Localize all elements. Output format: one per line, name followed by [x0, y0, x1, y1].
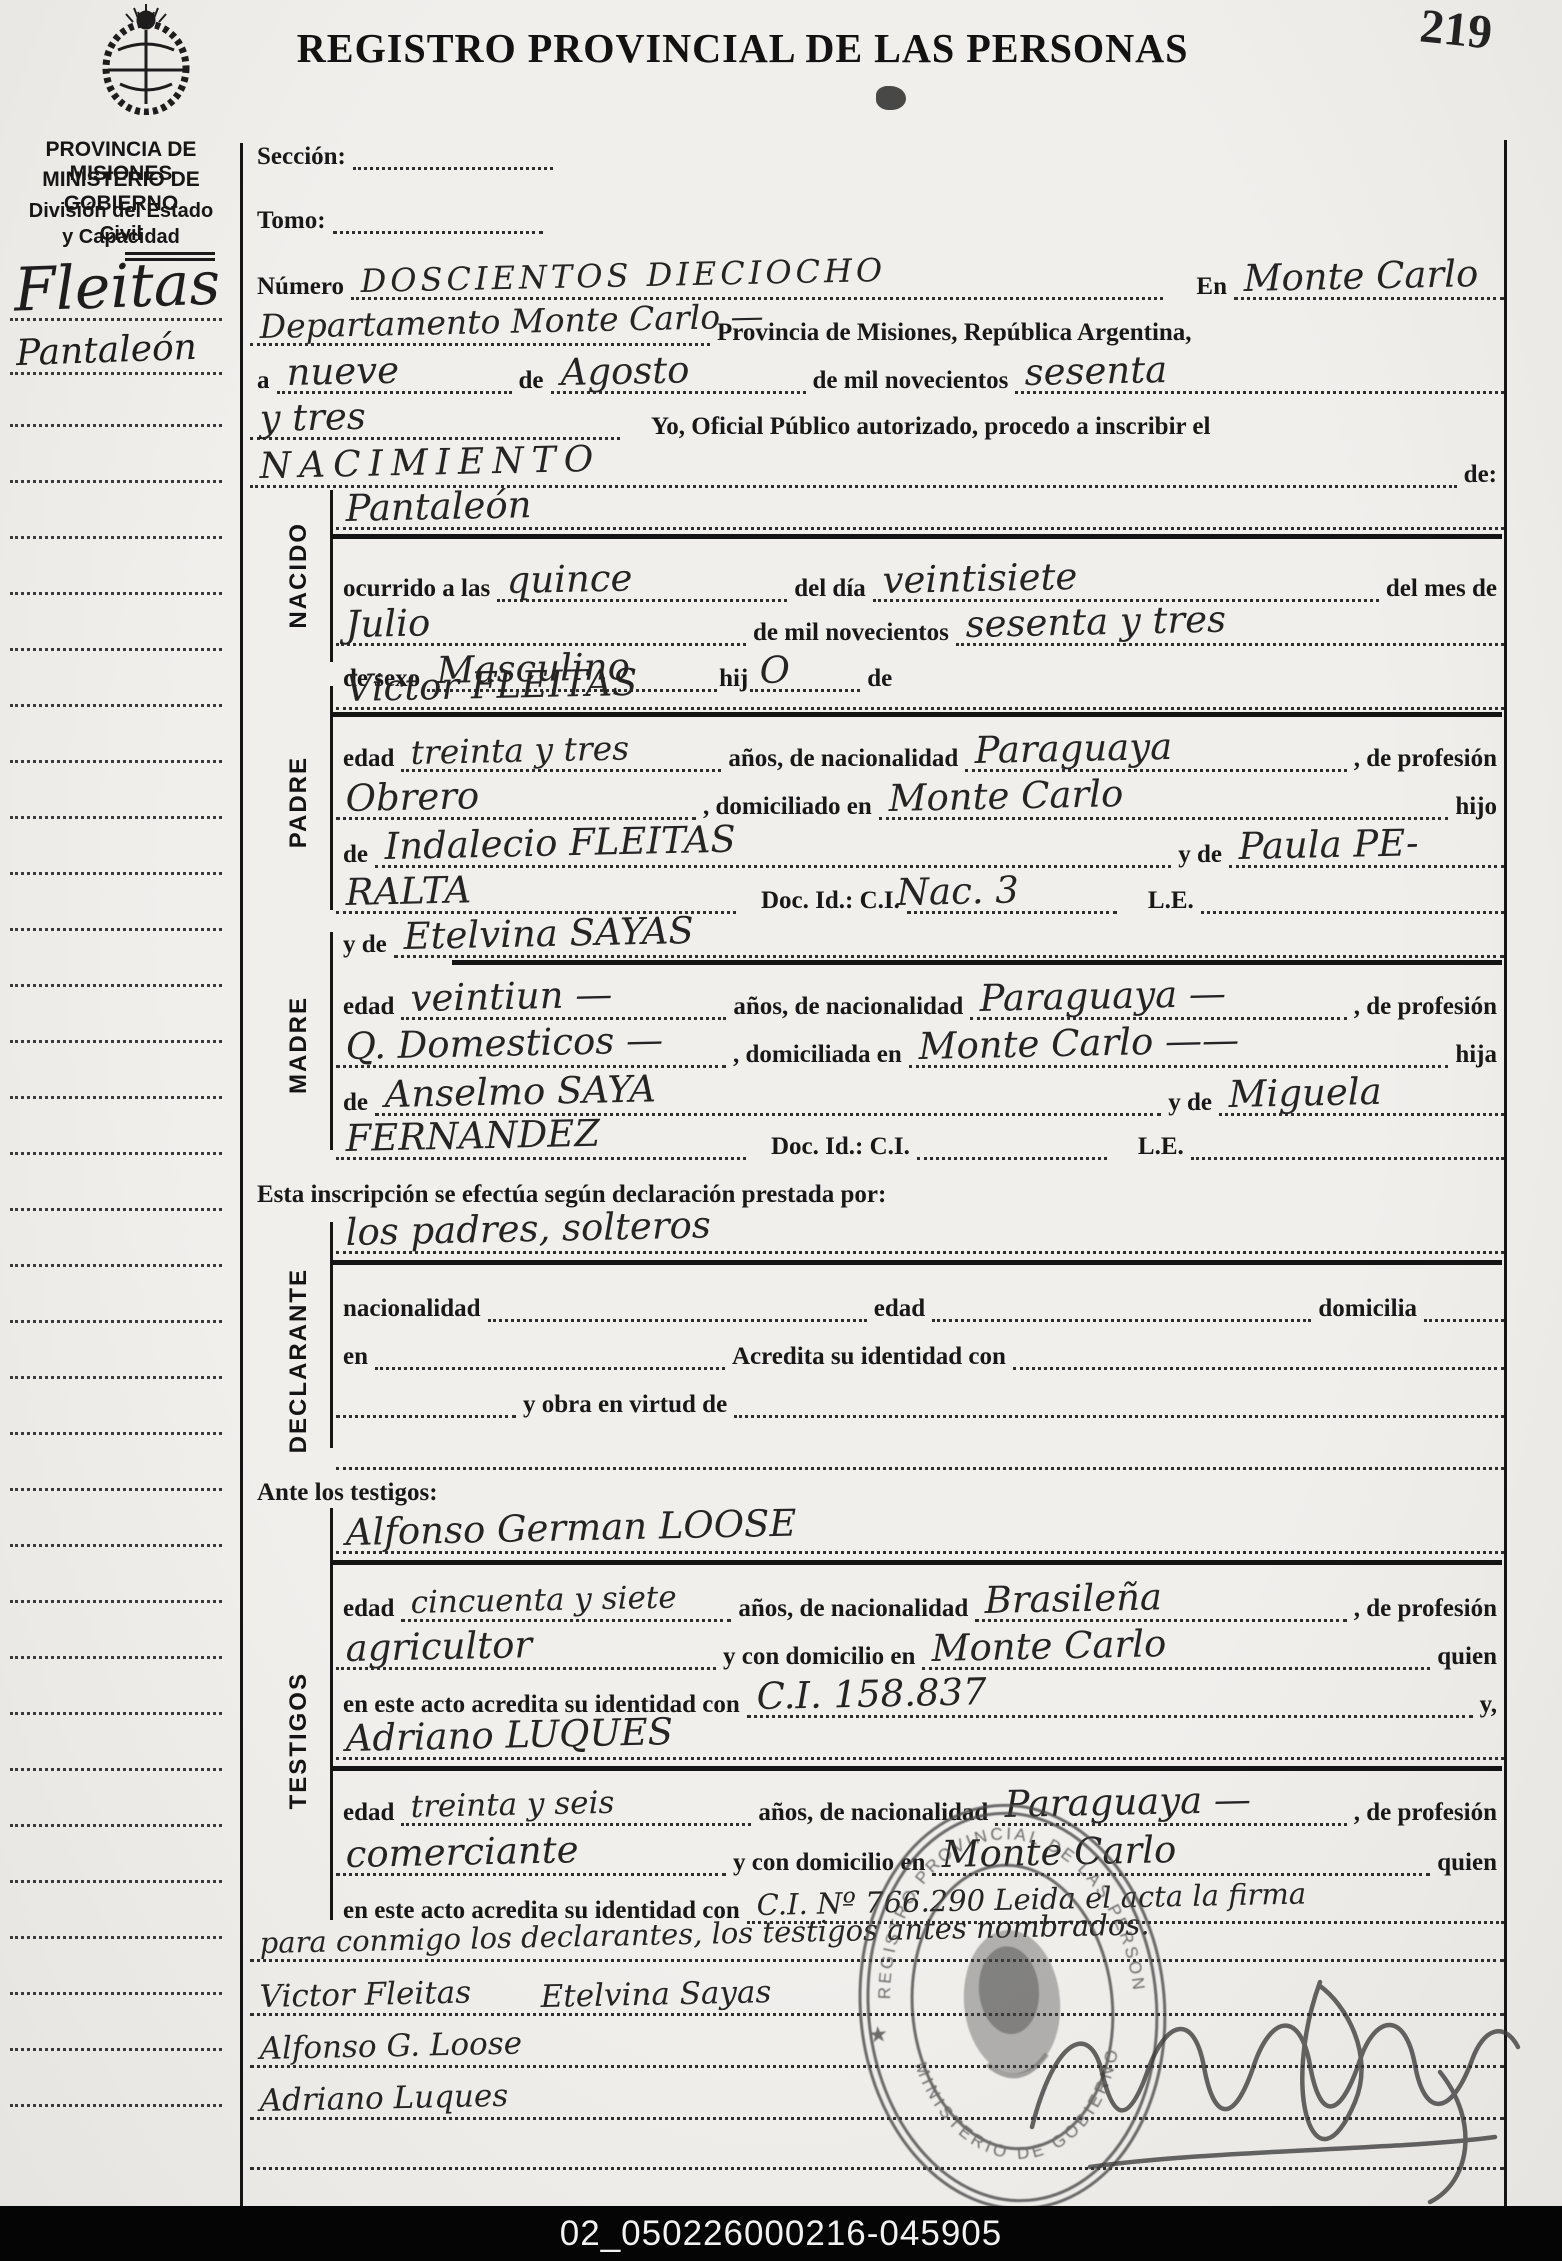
padre-dom-label: , domiciliado en	[696, 793, 879, 821]
bracket-nacido	[330, 490, 333, 662]
margin-ruled-line	[10, 1544, 222, 1547]
dia-blank: nueve	[277, 355, 512, 394]
numero-blank: DOSCIENTOS DIECIOCHO	[351, 266, 1163, 300]
margin-ruled-line	[10, 1600, 222, 1603]
madre-nac-label: años, de nacionalidad	[726, 993, 970, 1021]
row-testigo1-domicilio: agricultor y con domicilio en Monte Carl…	[336, 1624, 1504, 1670]
padre-name: Victor FLEITAS	[345, 665, 637, 706]
madre-abuela-value: Miguela	[1228, 1074, 1382, 1112]
padre-abuelo-value: Indalecio FLEITAS	[384, 822, 736, 864]
section-label-declarante: DECLARANTE	[285, 1268, 313, 1453]
row-madre-abuelos: de Anselmo SAYA y de Miguela	[336, 1070, 1504, 1116]
margin-ruled-line	[10, 760, 222, 763]
a-label: a	[250, 367, 277, 395]
row-madre-domicilio: Q. Domesticos — , domiciliada en Monte C…	[336, 1022, 1504, 1068]
testigo1-nac-label: años, de nacionalidad	[731, 1595, 975, 1623]
section-label-testigos: TESTIGOS	[285, 1672, 313, 1809]
madre-de-label: de	[336, 1089, 375, 1117]
sidebar-surname-line	[10, 318, 222, 321]
declarante-nacionalidad-blank	[488, 1318, 867, 1322]
row-numero: Número DOSCIENTOS DIECIOCHO En Monte Car…	[250, 252, 1504, 300]
row-padre-doc: RALTA Doc. Id.: C.I. Nac. 3 L.E.	[336, 868, 1504, 914]
margin-ruled-line	[10, 928, 222, 931]
bracket-padre	[330, 686, 333, 910]
anio-value: sesenta	[1025, 352, 1168, 390]
row-nacido-name: Pantaleón	[336, 484, 1504, 530]
margin-ruled-line	[10, 816, 222, 819]
testigo1-dom-label: y con domicilio en	[716, 1643, 922, 1671]
padre-prof-label: , de profesión	[1347, 745, 1504, 773]
padre-dom-value: Monte Carlo	[888, 776, 1123, 816]
row-madre-doc: FERNANDEZ Doc. Id.: C.I. L.E.	[336, 1114, 1504, 1160]
padre-prof-value: Obrero	[345, 778, 479, 816]
margin-ruled-line	[10, 1040, 222, 1043]
heavy-rule-testigo1	[332, 1560, 1502, 1565]
row-testigo2-name: Adriano LUQUES	[336, 1712, 1504, 1760]
row-declarante-virtud: y obra en virtud de	[336, 1372, 1504, 1418]
dia-nac-blank: veintisiete	[873, 563, 1379, 602]
firma-testigo2: Adriano Luques	[259, 2081, 508, 2116]
mes-blank: Agosto	[551, 355, 806, 394]
margin-ruled-line	[10, 1768, 222, 1771]
oficial-text: Yo, Oficial Público autorizado, procedo …	[644, 413, 1217, 441]
row-madre-name: y de Etelvina SAYAS	[336, 912, 1504, 958]
margin-ruled-line	[10, 1096, 222, 1099]
testigo1-nac-value: Brasileña	[985, 1579, 1163, 1618]
margin-ruled-line	[10, 1376, 222, 1379]
margin-ruled-line	[10, 1992, 222, 1995]
testigo2-edad-label: edad	[336, 1799, 401, 1827]
padre-abuela-blank: Paula PE-	[1229, 829, 1504, 868]
sidebar-surname: Fleitas	[13, 248, 222, 325]
official-signature	[1010, 1952, 1540, 2232]
section-label-nacido: NACIDO	[285, 522, 313, 629]
madre-nac-value: Paraguaya —	[980, 976, 1227, 1016]
testigo1-dom-value: Monte Carlo	[932, 1626, 1167, 1666]
footer-code: 02_050226000216-045905	[560, 2214, 1002, 2254]
heavy-rule-declarante	[332, 1260, 1502, 1265]
madre-name: Etelvina SAYAS	[403, 913, 694, 954]
declarante-edad-label: edad	[867, 1295, 932, 1323]
madre-abuela-cont: FERNANDEZ	[345, 1116, 600, 1156]
madre-hija-label: hija	[1448, 1041, 1504, 1069]
madre-dom-label: , domiciliada en	[726, 1041, 909, 1069]
form-right-border	[1504, 140, 1507, 2208]
testigo2-edad-blank: treinta y seis	[401, 1793, 751, 1826]
declarante-domicilia-label: domicilia	[1311, 1295, 1424, 1323]
margin-ruled-line	[10, 1432, 222, 1435]
padre-nac-label: años, de nacionalidad	[721, 745, 965, 773]
margin-ruled-line	[10, 1880, 222, 1883]
madre-yde2-label: y de	[1161, 1089, 1219, 1117]
form-left-border	[240, 143, 243, 2208]
madre-abuelo-value: Anselmo SAYA	[384, 1071, 656, 1112]
madre-yde-label: y de	[336, 931, 394, 959]
testigo1-doc-value: C.I. 158.837	[756, 1674, 987, 1714]
testigo1-prof-value: agricultor	[345, 1627, 532, 1666]
padre-hijo-label: hijo	[1448, 793, 1504, 821]
margin-ruled-line	[10, 2104, 222, 2107]
numero-label: Número	[250, 273, 351, 301]
page-title: REGISTRO PROVINCIAL DE LAS PERSONAS	[297, 24, 963, 72]
dia-value: nueve	[286, 353, 399, 390]
testigo1-nac-blank: Brasileña	[975, 1583, 1346, 1622]
demil-label: de mil novecientos	[806, 367, 1016, 395]
row-nacido-mes: Julio de mil novecientos sesenta y tres	[336, 600, 1504, 646]
numero-value: DOSCIENTOS DIECIOCHO	[360, 255, 886, 296]
margin-ruled-line	[10, 536, 222, 539]
testigo1-edad-label: edad	[336, 1595, 401, 1623]
testigo1-prof-blank: agricultor	[336, 1631, 716, 1670]
padre-abuela-cont-blank: RALTA	[336, 875, 736, 914]
padre-yde-label: y de	[1171, 841, 1229, 869]
madre-dom-blank: Monte Carlo ——	[909, 1029, 1449, 1068]
row-acto: NACIMIENTO de:	[250, 440, 1504, 488]
madre-edad-blank: veintiun —	[401, 981, 726, 1020]
row-padre-edad: edad treinta y tres años, de nacionalida…	[336, 726, 1504, 772]
madre-prof-blank: Q. Domesticos —	[336, 1029, 726, 1068]
acto-value: NACIMIENTO	[259, 443, 601, 484]
nacido-name: Pantaleón	[345, 487, 532, 526]
sidebar-given-name: Pantaleón	[15, 327, 197, 374]
madre-doc-blank	[917, 1156, 1107, 1160]
row-seccion: Sección:	[250, 128, 1504, 170]
bracket-declarante	[330, 1222, 333, 1448]
margin-ruled-line	[10, 1712, 222, 1715]
ante-label: Ante los testigos:	[250, 1479, 445, 1507]
page-number: 219	[1417, 0, 1494, 61]
anio-nac-value: sesenta y tres	[965, 601, 1226, 642]
anio-cont-blank: y tres	[250, 401, 620, 440]
declarante-nacionalidad-label: nacionalidad	[336, 1295, 488, 1323]
row-ante-testigos: Ante los testigos:	[250, 1462, 1504, 1506]
padre-nac-blank: Paraguaya	[965, 733, 1346, 772]
margin-ruled-line	[10, 1264, 222, 1267]
heavy-rule-madre	[452, 960, 1502, 965]
anio-nac-blank: sesenta y tres	[956, 607, 1504, 646]
ink-smudge	[876, 86, 906, 110]
declarante-value: los padres, solteros	[345, 1207, 711, 1250]
argentina-coat-of-arms-icon	[78, 0, 208, 115]
row-declarante-datos: nacionalidad edad domicilia	[336, 1276, 1504, 1322]
declarante-edad-blank	[932, 1318, 1311, 1322]
delmes-label: del mes de	[1379, 575, 1504, 603]
padre-edad-value: treinta y tres	[411, 732, 630, 768]
row-tomo: Tomo:	[250, 192, 1504, 234]
madre-prof-value: Q. Domesticos —	[345, 1022, 663, 1064]
row-testigo1-name: Alfonso German LOOSE	[336, 1506, 1504, 1554]
margin-ruled-line	[10, 1824, 222, 1827]
margin-ruled-line	[10, 424, 222, 427]
declarante-virtud-blank-left	[336, 1414, 516, 1418]
bracket-madre	[330, 932, 333, 1150]
margin-ruled-line	[10, 1936, 222, 1939]
testigo1-dom-blank: Monte Carlo	[922, 1631, 1430, 1670]
mes-nac-value: Julio	[345, 605, 430, 642]
margin-ruled-line	[10, 648, 222, 651]
madre-edad-label: edad	[336, 993, 401, 1021]
firma-madre: Etelvina Sayas	[541, 1978, 772, 2012]
mes-value: Agosto	[560, 352, 690, 390]
heavy-rule-nacido	[332, 534, 1502, 539]
de-label: de	[512, 367, 551, 395]
testigo1-name-blank: Alfonso German LOOSE	[336, 1515, 1504, 1554]
declarante-en-label: en	[336, 1343, 375, 1371]
testigo1-quien-label: quien	[1430, 1643, 1504, 1671]
padre-abuelo-blank: Indalecio FLEITAS	[375, 829, 1171, 868]
row-declarante-identidad: en Acredita su identidad con	[336, 1324, 1504, 1370]
row-declarante-intro: Esta inscripción se efectúa según declar…	[250, 1164, 1504, 1208]
margin-ruled-line	[10, 592, 222, 595]
bracket-testigos	[330, 1508, 333, 1920]
seccion-blank	[353, 166, 553, 170]
heavy-rule-testigo2	[332, 1766, 1502, 1771]
heavy-rule-padre	[332, 712, 1502, 717]
madre-doc-label: Doc. Id.: C.I.	[764, 1133, 917, 1161]
ocurrido-label: ocurrido a las	[336, 575, 497, 603]
testigo2-prof-value: comerciante	[345, 1832, 579, 1872]
testigo2-edad-value: treinta y seis	[411, 1788, 615, 1822]
testigo2-quien-label: quien	[1430, 1849, 1504, 1877]
row-departamento: Departamento Monte Carlo — Provincia de …	[250, 300, 1504, 346]
seccion-label: Sección:	[250, 143, 353, 171]
tomo-blank	[333, 230, 543, 234]
declarante-virtud-label: y obra en virtud de	[516, 1391, 734, 1419]
row-padre-name: Victor FLEITAS	[336, 664, 1504, 710]
testigo1-edad-blank: cincuenta y siete	[401, 1589, 731, 1622]
testigo2-prof-label: , de profesión	[1347, 1799, 1504, 1827]
padre-doc-blank: Nac. 3	[907, 875, 1117, 914]
en-value: Monte Carlo	[1243, 256, 1478, 296]
margin-ruled-line	[10, 1208, 222, 1211]
padre-dom-blank: Monte Carlo	[879, 781, 1449, 820]
declarante-virtud-blank	[734, 1414, 1504, 1418]
margin-ruled-line	[10, 480, 222, 483]
footer-bar: 02_050226000216-045905	[0, 2206, 1562, 2261]
departamento-blank: Departamento Monte Carlo —	[250, 311, 710, 346]
padre-nac-value: Paraguaya	[975, 729, 1173, 768]
margin-ruled-line	[10, 1656, 222, 1659]
en-blank: Monte Carlo	[1234, 261, 1504, 300]
row-testigo1-edad: edad cincuenta y siete años, de nacional…	[336, 1576, 1504, 1622]
provincia-text: Provincia de Misiones, República Argenti…	[710, 319, 1199, 347]
en-label: En	[1189, 273, 1234, 301]
row-padre-abuelos: de Indalecio FLEITAS y de Paula PE-	[336, 822, 1504, 868]
declarante-acredita-label: Acredita su identidad con	[725, 1343, 1013, 1371]
deldia-label: del día	[787, 575, 873, 603]
row-madre-edad: edad veintiun — años, de nacionalidad Pa…	[336, 974, 1504, 1020]
row-padre-domicilio: Obrero , domiciliado en Monte Carlo hijo	[336, 774, 1504, 820]
departamento-value: Departamento Monte Carlo —	[259, 300, 764, 342]
section-label-padre: PADRE	[285, 756, 313, 848]
padre-doc-value: Nac. 3	[896, 872, 1019, 910]
madre-prof-label: , de profesión	[1347, 993, 1504, 1021]
madre-nac-blank: Paraguaya —	[970, 981, 1346, 1020]
testigo2-name-blank: Adriano LUQUES	[336, 1721, 1504, 1760]
testigo2-name: Adriano LUQUES	[345, 1714, 673, 1756]
padre-de-label: de	[336, 841, 375, 869]
declarante-acredita-blank	[1013, 1366, 1504, 1370]
testigo1-prof-label: , de profesión	[1347, 1595, 1504, 1623]
madre-abuelo-blank: Anselmo SAYA	[375, 1077, 1161, 1116]
margin-ruled-line	[10, 1152, 222, 1155]
padre-edad-blank: treinta y tres	[401, 737, 721, 772]
row-nacido-hora: ocurrido a las quince del día veintisiet…	[336, 556, 1504, 602]
madre-le-label: L.E.	[1131, 1133, 1191, 1161]
sidebar-given-name-line	[10, 372, 222, 375]
section-label-madre: MADRE	[285, 996, 313, 1094]
anio-cont-value: y tres	[259, 399, 366, 436]
tomo-label: Tomo:	[250, 207, 333, 235]
padre-name-blank: Victor FLEITAS	[336, 671, 1504, 710]
row-fecha: a nueve de Agosto de mil novecientos ses…	[250, 348, 1504, 394]
margin-ruled-line	[10, 872, 222, 875]
declarante-value-blank: los padres, solteros	[336, 1215, 1504, 1254]
firma-padre: Victor Fleitas	[259, 1978, 471, 2012]
madre-edad-value: veintiun —	[411, 977, 613, 1016]
margin-ruled-line	[10, 1488, 222, 1491]
nacido-name-blank: Pantaleón	[336, 491, 1504, 530]
scanned-birth-certificate: REGISTRO PROVINCIAL DE LAS PERSONAS 219 …	[0, 0, 1562, 2261]
madre-dom-value: Monte Carlo ——	[918, 1022, 1239, 1064]
padre-edad-label: edad	[336, 745, 401, 773]
stamp-star-icon: ★	[867, 2021, 889, 2048]
madre-le-blank	[1191, 1156, 1504, 1160]
declarante-domicilia-blank	[1424, 1318, 1504, 1322]
margin-ruled-line	[10, 1320, 222, 1323]
padre-abuela-value: Paula PE-	[1238, 825, 1419, 864]
declarante-en-blank	[375, 1366, 725, 1370]
testigo2-prof-blank: comerciante	[336, 1837, 726, 1876]
demil-nac-label: de mil novecientos	[746, 619, 956, 647]
mes-nac-blank: Julio	[336, 607, 746, 646]
padre-doc-label: Doc. Id.: C.I.	[754, 887, 907, 915]
declarante-intro: Esta inscripción se efectúa según declar…	[250, 1181, 893, 1209]
acto-blank: NACIMIENTO	[250, 450, 1457, 488]
hora-blank: quince	[497, 563, 787, 602]
madre-abuela-blank: Miguela	[1219, 1077, 1504, 1116]
margin-ruled-line	[10, 704, 222, 707]
row-anio-cont: y tres Yo, Oficial Público autorizado, p…	[250, 394, 1504, 440]
margin-ruled-line	[10, 984, 222, 987]
margin-ruled-line	[10, 2048, 222, 2051]
padre-prof-blank: Obrero	[336, 781, 696, 820]
hora-value: quince	[506, 560, 633, 598]
padre-le-label: L.E.	[1141, 887, 1201, 915]
madre-name-blank: Etelvina SAYAS	[394, 919, 1504, 958]
firma-testigo1: Alfonso G. Loose	[259, 2029, 522, 2064]
dia-nac-value: veintisiete	[882, 559, 1077, 598]
anio-blank: sesenta	[1015, 355, 1504, 394]
madre-abuela-cont-blank: FERNANDEZ	[336, 1121, 746, 1160]
row-declarante-value: los padres, solteros	[336, 1206, 1504, 1254]
padre-abuela-cont: RALTA	[345, 872, 471, 910]
testigo1-edad-value: cincuenta y siete	[411, 1583, 678, 1618]
sidebar-org-line4: y Capacidad	[6, 226, 236, 249]
testigo1-name: Alfonso German LOOSE	[345, 1505, 796, 1550]
